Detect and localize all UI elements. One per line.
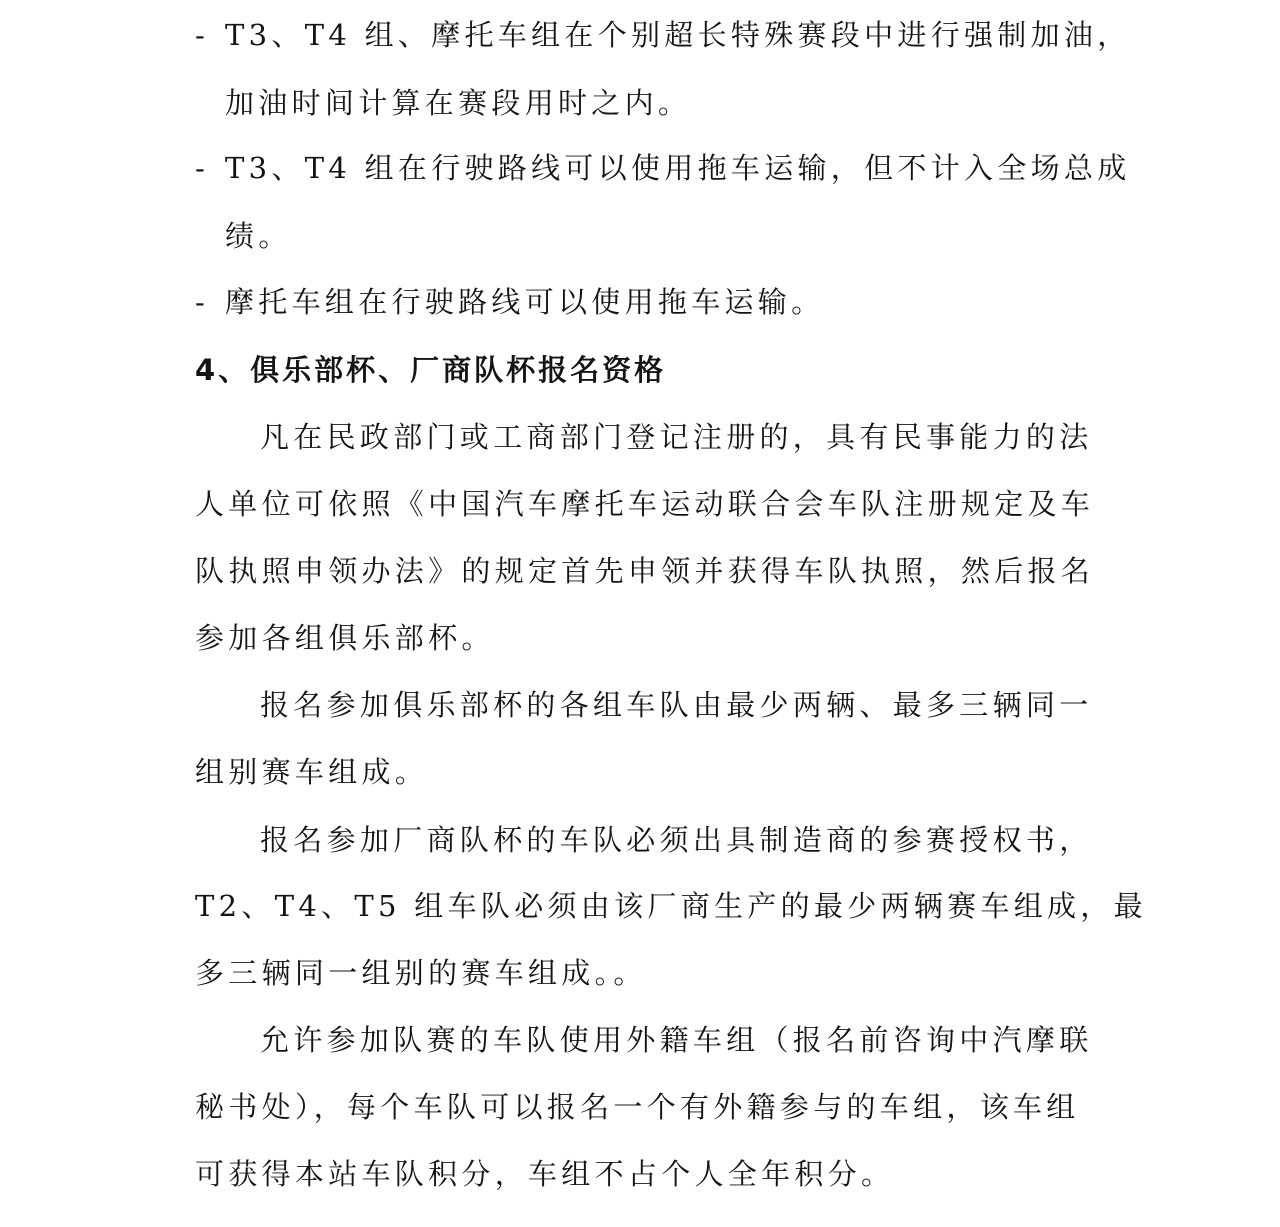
bullet-text: T3、T4 组在行驶路线可以使用拖车运输，但不计入全场总成 (225, 151, 1131, 185)
bullet-item-line: -T3、T4 组在行驶路线可以使用拖车运输，但不计入全场总成 (195, 146, 1075, 190)
bullet-item-line: -T3、T4 组、摩托车组在个别超长特殊赛段中进行强制加油， (195, 13, 1075, 57)
bullet-marker: - (195, 13, 225, 57)
section-heading: 4、俱乐部杯、厂商队杯报名资格 (195, 348, 1075, 392)
paragraph-line: 秘书处），每个车队可以报名一个有外籍参与的车组，该车组 (195, 1085, 1075, 1129)
paragraph-line: 队执照申领办法》的规定首先申领并获得车队执照，然后报名 (195, 549, 1075, 593)
bullet-continuation-line: 绩。 (225, 214, 1105, 258)
paragraph-line: 多三辆同一组别的赛车组成。。 (195, 951, 1075, 995)
bullet-text: 摩托车组在行驶路线可以使用拖车运输。 (225, 285, 824, 319)
paragraph-line: T2、T4、T5 组车队必须由该厂商生产的最少两辆赛车组成，最 (195, 884, 1075, 928)
paragraph-line: 人单位可依照《中国汽车摩托车运动联合会车队注册规定及车 (195, 482, 1075, 526)
paragraph-line: 可获得本站车队积分，车组不占个人全年积分。 (195, 1152, 1075, 1196)
paragraph-line: 报名参加厂商队杯的车队必须出具制造商的参赛授权书， (260, 818, 1140, 862)
paragraph-line: 参加各组俱乐部杯。 (195, 616, 1075, 660)
bullet-text: T3、T4 组、摩托车组在个别超长特殊赛段中进行强制加油， (225, 18, 1131, 52)
paragraph-line: 报名参加俱乐部杯的各组车队由最少两辆、最多三辆同一 (260, 683, 1140, 727)
paragraph-line: 组别赛车组成。 (195, 750, 1075, 794)
bullet-continuation-line: 加油时间计算在赛段用时之内。 (225, 81, 1105, 125)
paragraph-line: 允许参加队赛的车队使用外籍车组（报名前咨询中汽摩联 (260, 1018, 1140, 1062)
document-page: -T3、T4 组、摩托车组在个别超长特殊赛段中进行强制加油， 加油时间计算在赛段… (0, 0, 1280, 1227)
bullet-item-line: -摩托车组在行驶路线可以使用拖车运输。 (195, 280, 1075, 324)
bullet-marker: - (195, 280, 225, 324)
paragraph-line: 凡在民政部门或工商部门登记注册的，具有民事能力的法 (260, 415, 1140, 459)
bullet-marker: - (195, 146, 225, 190)
